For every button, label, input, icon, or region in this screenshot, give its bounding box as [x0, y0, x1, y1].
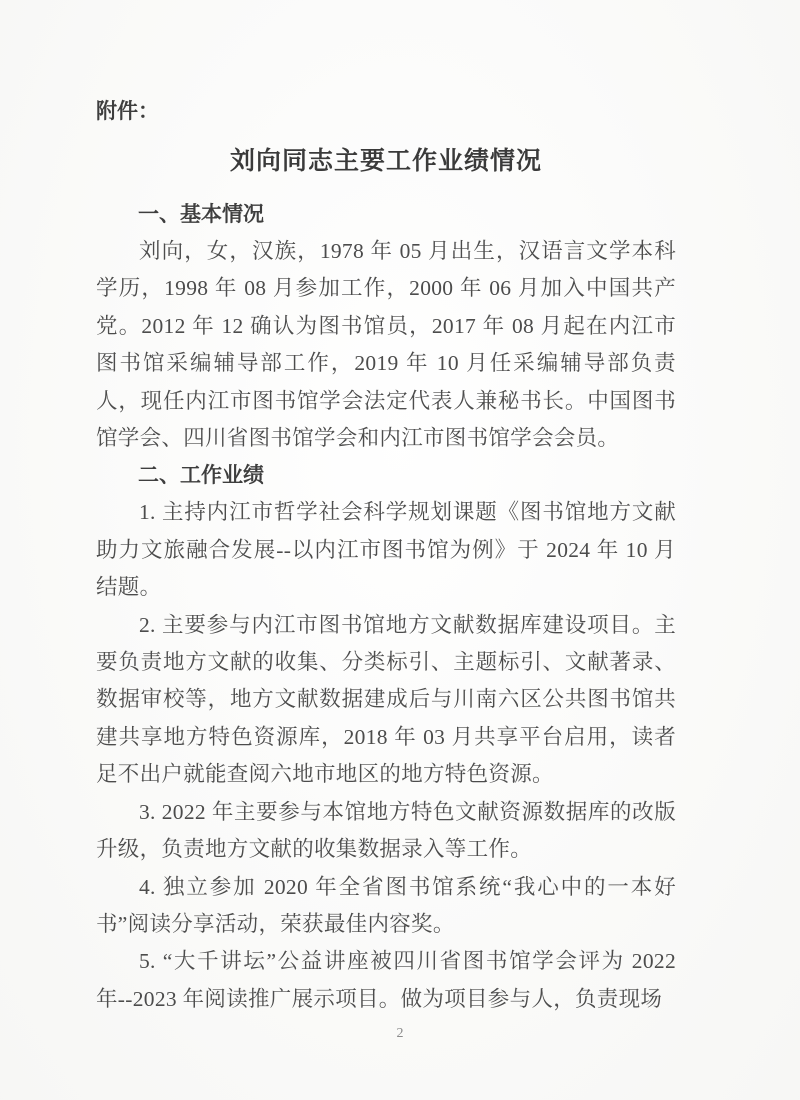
achievement-item-2: 2. 主要参与内江市图书馆地方文献数据库建设项目。主要负责地方文献的收集、分类标… — [96, 607, 676, 794]
section-heading-basic-info: 一、基本情况 — [96, 196, 676, 233]
achievement-item-4: 4. 独立参加 2020 年全省图书馆系统“我心中的一本好书”阅读分享活动，荣获… — [96, 869, 676, 944]
achievement-item-5: 5. “大千讲坛”公益讲座被四川省图书馆学会评为 2022 年--2023 年阅… — [96, 943, 676, 1018]
achievement-item-3: 3. 2022 年主要参与本馆地方特色文献资源数据库的改版升级，负责地方文献的收… — [96, 794, 676, 869]
section-heading-work-achievements: 二、工作业绩 — [96, 457, 676, 494]
attachment-label: 附件： — [96, 96, 676, 126]
achievement-item-1: 1. 主持内江市哲学社会科学规划课题《图书馆地方文献助力文旅融合发展--以内江市… — [96, 494, 676, 606]
document-title: 刘向同志主要工作业绩情况 — [96, 144, 676, 180]
document-content: 附件： 刘向同志主要工作业绩情况 一、基本情况 刘向，女，汉族，1978 年 0… — [96, 96, 676, 1018]
page-number: 2 — [397, 1026, 404, 1042]
document-page: 附件： 刘向同志主要工作业绩情况 一、基本情况 刘向，女，汉族，1978 年 0… — [0, 0, 800, 1100]
basic-info-paragraph: 刘向，女，汉族，1978 年 05 月出生，汉语言文学本科学历，1998 年 0… — [96, 233, 676, 457]
